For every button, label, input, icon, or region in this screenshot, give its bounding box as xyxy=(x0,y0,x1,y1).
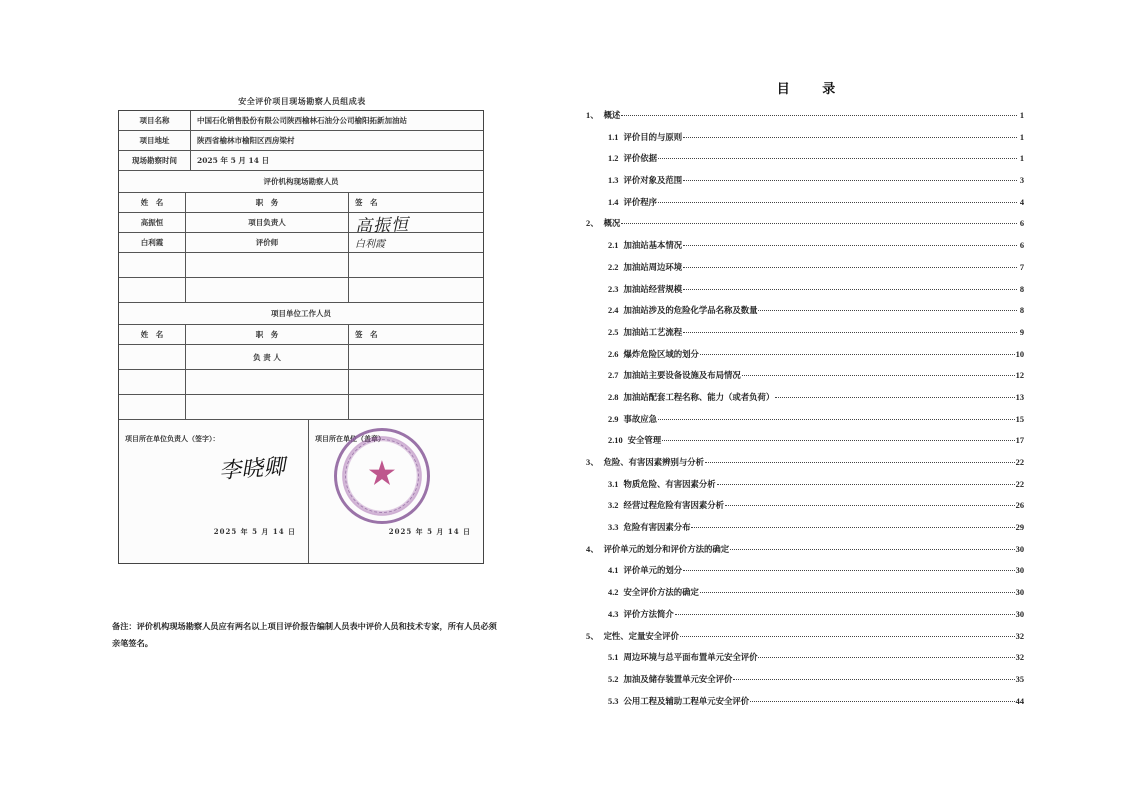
toc-entry-label: 定性、定量安全评价 xyxy=(604,631,679,641)
toc-entry-number: 2.3 xyxy=(608,285,618,294)
table-row: 高振恒 项目负责人 高振恒 xyxy=(119,213,483,233)
evaluator-role: 评价师 xyxy=(186,233,349,252)
evaluator-signature xyxy=(349,253,483,277)
survey-date-row: 现场勘察时间 2025 年 5 月 14 日 xyxy=(119,151,483,171)
toc-entry-title: 3.1物质危险、有害因素分析 xyxy=(608,478,716,490)
table-row: 白利霞 评价师 白利霞 xyxy=(119,233,483,253)
handwritten-signature: 白利霞 xyxy=(355,235,385,250)
toc-title: 目 录 xyxy=(600,78,1026,100)
toc-entry-number: 2、 xyxy=(586,219,599,228)
toc-leader-dots xyxy=(691,527,1014,528)
toc-leader-dots xyxy=(683,289,1017,290)
project-name-label: 项目名称 xyxy=(119,111,191,130)
toc-entry[interactable]: 4.1评价单元的划分30 xyxy=(586,564,1024,586)
toc-entry-title: 1.4评价程序 xyxy=(608,196,657,208)
toc-entry-number: 5.1 xyxy=(608,653,618,662)
unit-role xyxy=(186,370,349,394)
toc-entry-label: 加油及储存装置单元安全评价 xyxy=(623,674,732,684)
toc-entry[interactable]: 3.2经营过程危险有害因素分析26 xyxy=(586,499,1024,521)
header-role: 职 务 xyxy=(186,325,349,344)
sign-seal-row: 项目所在单位负责人（签字）： 李晓卿 2025 年 5 月 14 日 项目所在单… xyxy=(119,420,483,563)
toc-leader-dots xyxy=(742,375,1015,376)
toc-entry-label: 评价目的与原则 xyxy=(623,132,682,142)
project-address-value: 陕西省榆林市榆阳区西房梁村 xyxy=(191,131,483,150)
toc-entry-number: 5.3 xyxy=(608,697,618,706)
toc-entry-title: 2.2加油站周边环境 xyxy=(608,261,682,273)
evaluator-name: 白利霞 xyxy=(119,233,186,252)
toc-entry-label: 安全管理 xyxy=(628,435,662,445)
leader-sign-label: 项目所在单位负责人（签字）： xyxy=(125,434,220,444)
unit-signature xyxy=(349,370,483,394)
toc-page-number: 4 xyxy=(1018,198,1024,207)
evaluator-section-header: 评价机构现场勘察人员 xyxy=(119,171,483,193)
toc-leader-dots xyxy=(730,549,1014,550)
unit-name xyxy=(119,345,186,369)
toc-entry-title: 2.1加油站基本情况 xyxy=(608,239,682,251)
toc-entry-label: 评价单元的划分 xyxy=(623,565,682,575)
header-role: 职 务 xyxy=(186,193,349,212)
toc-entry[interactable]: 2.1加油站基本情况6 xyxy=(586,239,1024,261)
toc-entry-title: 1、概述 xyxy=(586,109,620,121)
toc-page-number: 30 xyxy=(1016,545,1024,554)
toc-leader-dots xyxy=(683,245,1017,246)
toc-page-number: 1 xyxy=(1018,133,1024,142)
evaluator-signature: 高振恒 xyxy=(349,213,483,232)
toc-entry[interactable]: 5.3公用工程及辅助工程单元安全评价44 xyxy=(586,695,1024,717)
toc-entry-title: 3、危险、有害因素辨别与分析 xyxy=(586,456,704,468)
toc-entry[interactable]: 2、概况6 xyxy=(586,217,1024,239)
toc-leader-dots xyxy=(683,180,1017,181)
toc-entry[interactable]: 2.5加油站工艺流程9 xyxy=(586,326,1024,348)
toc-page-number: 15 xyxy=(1016,415,1024,424)
toc-entry-number: 2.1 xyxy=(608,241,618,250)
toc-entry[interactable]: 2.4加油站涉及的危险化学品名称及数量8 xyxy=(586,304,1024,326)
toc-entry-title: 2.8加油站配套工程名称、能力（或者负荷） xyxy=(608,391,774,403)
evaluator-role: 项目负责人 xyxy=(186,213,349,232)
toc-entry-title: 4、评价单元的划分和评价方法的确定 xyxy=(586,543,729,555)
toc-page-number: 32 xyxy=(1016,632,1024,641)
toc-page-number: 35 xyxy=(1016,675,1024,684)
toc-entry[interactable]: 1.4评价程序4 xyxy=(586,196,1024,218)
toc-entry[interactable]: 1.3评价对象及范围3 xyxy=(586,174,1024,196)
toc-leader-dots xyxy=(658,158,1017,159)
table-row xyxy=(119,253,483,278)
project-name-value: 中国石化销售股份有限公司陕西榆林石油分公司榆阳拓新加油站 xyxy=(191,111,483,130)
unit-column-headers: 姓 名 职 务 签 名 xyxy=(119,325,483,345)
toc-page-number: 12 xyxy=(1016,371,1024,380)
evaluator-name xyxy=(119,253,186,277)
toc-page-number: 8 xyxy=(1018,306,1024,315)
unit-seal-cell: 项目所在单位（盖章） ★ 2025 年 5 月 14 日 xyxy=(309,420,483,563)
toc-entry-number: 5、 xyxy=(586,632,599,641)
evaluator-name xyxy=(119,278,186,302)
toc-entry-number: 3.2 xyxy=(608,501,618,510)
toc-entry[interactable]: 5、定性、定量安全评价32 xyxy=(586,630,1024,652)
toc-page-number: 3 xyxy=(1018,176,1024,185)
toc-entry[interactable]: 2.9事故应急15 xyxy=(586,413,1024,435)
toc-entry-title: 3.3危险有害因素分布 xyxy=(608,521,690,533)
toc-entry-label: 周边环境与总平面布置单元安全评价 xyxy=(623,652,757,662)
toc-leader-dots xyxy=(750,701,1015,702)
toc-entry-label: 评价单元的划分和评价方法的确定 xyxy=(604,544,730,554)
toc-leader-dots xyxy=(683,332,1017,333)
toc-entry-label: 加油站经营规模 xyxy=(623,284,682,294)
evaluator-signature: 白利霞 xyxy=(349,233,483,252)
toc-page-number: 9 xyxy=(1018,328,1024,337)
toc-entry-label: 安全评价方法的确定 xyxy=(623,587,698,597)
unit-role: 负 责 人 xyxy=(186,345,349,369)
toc-entry-label: 经营过程危险有害因素分析 xyxy=(623,500,724,510)
toc-entry-number: 2.10 xyxy=(608,436,623,445)
toc-entry-label: 评价方法简介 xyxy=(623,609,673,619)
toc-page-number: 6 xyxy=(1018,241,1024,250)
toc-entry[interactable]: 4.3评价方法简介30 xyxy=(586,608,1024,630)
toc-entry-number: 3.3 xyxy=(608,523,618,532)
toc-entry-number: 4.2 xyxy=(608,588,618,597)
toc-entry-label: 危险有害因素分布 xyxy=(623,522,690,532)
toc-page-number: 13 xyxy=(1016,393,1024,402)
toc-leader-dots xyxy=(717,484,1015,485)
toc-entry-title: 5.3公用工程及辅助工程单元安全评价 xyxy=(608,695,749,707)
toc-entry-title: 2.9事故应急 xyxy=(608,413,657,425)
toc-entry-title: 2.7加油站主要设备设施及布局情况 xyxy=(608,369,741,381)
toc-leader-dots xyxy=(775,397,1014,398)
toc-leader-dots xyxy=(700,592,1015,593)
toc-entry-number: 1.1 xyxy=(608,133,618,142)
toc-page-number: 22 xyxy=(1016,480,1024,489)
toc-entry-number: 2.5 xyxy=(608,328,618,337)
handwritten-signature: 高振恒 xyxy=(355,213,410,232)
toc-entry-label: 危险、有害因素辨别与分析 xyxy=(604,457,705,467)
toc-page-number: 30 xyxy=(1016,566,1024,575)
toc-entry[interactable]: 3、危险、有害因素辨别与分析22 xyxy=(586,456,1024,478)
toc-entry-number: 3、 xyxy=(586,458,599,467)
toc-entry-title: 4.3评价方法简介 xyxy=(608,608,674,620)
toc-leader-dots xyxy=(733,679,1014,680)
toc-entry[interactable]: 4、评价单元的划分和评价方法的确定30 xyxy=(586,543,1024,565)
header-signature: 签 名 xyxy=(349,325,483,344)
toc-entry-number: 4、 xyxy=(586,545,599,554)
toc-entry-number: 1.2 xyxy=(608,154,618,163)
toc-page-number: 6 xyxy=(1018,219,1024,228)
evaluator-section-title: 评价机构现场勘察人员 xyxy=(119,171,483,192)
header-name: 姓 名 xyxy=(119,325,186,344)
header-signature: 签 名 xyxy=(349,193,483,212)
toc-page-number: 30 xyxy=(1016,588,1024,597)
toc-leader-dots xyxy=(658,419,1015,420)
toc-entry-number: 1、 xyxy=(586,111,599,120)
toc-entry-title: 5、定性、定量安全评价 xyxy=(586,630,679,642)
toc-entry-number: 3.1 xyxy=(608,480,618,489)
unit-name xyxy=(119,395,186,419)
toc-leader-dots xyxy=(725,505,1015,506)
toc-entry-number: 1.3 xyxy=(608,176,618,185)
evaluator-column-headers: 姓 名 职 务 签 名 xyxy=(119,193,483,213)
project-name-row: 项目名称 中国石化销售股份有限公司陕西榆林石油分公司榆阳拓新加油站 xyxy=(119,111,483,131)
evaluator-role xyxy=(186,278,349,302)
toc-entry-title: 4.1评价单元的划分 xyxy=(608,564,682,576)
survey-date-value: 2025 年 5 月 14 日 xyxy=(191,151,483,170)
unit-section-header: 项目单位工作人员 xyxy=(119,303,483,325)
toc-leader-dots xyxy=(683,267,1017,268)
toc-entry[interactable]: 5.2加油及储存装置单元安全评价35 xyxy=(586,673,1024,695)
unit-seal-date: 2025 年 5 月 14 日 xyxy=(389,527,471,537)
toc-entry-label: 物质危险、有害因素分析 xyxy=(623,479,715,489)
toc-entry-number: 2.4 xyxy=(608,306,618,315)
evaluator-signature xyxy=(349,278,483,302)
toc-entry[interactable]: 2.3加油站经营规模8 xyxy=(586,283,1024,305)
toc-entry-label: 评价对象及范围 xyxy=(623,175,682,185)
toc-entry-number: 2.6 xyxy=(608,350,618,359)
toc-entry-label: 爆炸危险区域的划分 xyxy=(623,349,698,359)
table-row xyxy=(119,395,483,420)
toc-entry[interactable]: 5.1周边环境与总平面布置单元安全评价32 xyxy=(586,651,1024,673)
toc-page-number: 8 xyxy=(1018,285,1024,294)
toc-entry[interactable]: 4.2安全评价方法的确定30 xyxy=(586,586,1024,608)
toc-page-number: 32 xyxy=(1016,653,1024,662)
toc-entry-label: 加油站工艺流程 xyxy=(623,327,682,337)
toc-entry-title: 1.1评价目的与原则 xyxy=(608,131,682,143)
toc-entry-number: 1.4 xyxy=(608,198,618,207)
toc-leader-dots xyxy=(758,657,1014,658)
toc-entry[interactable]: 2.7加油站主要设备设施及布局情况12 xyxy=(586,369,1024,391)
toc-entry-title: 5.2加油及储存装置单元安全评价 xyxy=(608,673,732,685)
toc-entry-label: 加油站涉及的危险化学品名称及数量 xyxy=(623,305,757,315)
toc-entry-title: 5.1周边环境与总平面布置单元安全评价 xyxy=(608,651,757,663)
toc-entry-label: 评价程序 xyxy=(623,197,657,207)
toc-entry-label: 加油站周边环境 xyxy=(623,262,682,272)
leader-sign-cell: 项目所在单位负责人（签字）： 李晓卿 2025 年 5 月 14 日 xyxy=(119,420,309,563)
toc-entry-title: 4.2安全评价方法的确定 xyxy=(608,586,699,598)
toc-entry-title: 3.2经营过程危险有害因素分析 xyxy=(608,499,724,511)
toc-entry-number: 2.7 xyxy=(608,371,618,380)
toc-leader-dots xyxy=(683,137,1017,138)
toc-entry-number: 4.3 xyxy=(608,610,618,619)
toc-page-number: 17 xyxy=(1016,436,1024,445)
toc-leader-dots xyxy=(621,223,1017,224)
toc-page-number: 1 xyxy=(1018,154,1024,163)
toc-entry-label: 加油站基本情况 xyxy=(623,240,682,250)
toc-leader-dots xyxy=(700,354,1015,355)
form-title: 安全评价项目现场勘察人员组成表 xyxy=(112,94,492,108)
evaluator-role xyxy=(186,253,349,277)
unit-name xyxy=(119,370,186,394)
survey-personnel-form-page: 安全评价项目现场勘察人员组成表 项目名称 中国石化销售股份有限公司陕西榆林石油分… xyxy=(112,94,492,108)
toc-entry-label: 公用工程及辅助工程单元安全评价 xyxy=(623,696,749,706)
toc-leader-dots xyxy=(675,614,1015,615)
toc-page-number: 44 xyxy=(1016,697,1024,706)
survey-date-label: 现场勘察时间 xyxy=(119,151,191,170)
toc-page-number: 26 xyxy=(1016,501,1024,510)
unit-signature xyxy=(349,395,483,419)
evaluator-name: 高振恒 xyxy=(119,213,186,232)
toc-entry-title: 2.3加油站经营规模 xyxy=(608,283,682,295)
toc-entry-label: 概述 xyxy=(604,110,621,120)
toc-leader-dots xyxy=(621,115,1017,116)
unit-signature xyxy=(349,345,483,369)
table-of-contents-page: 目 录 1、概述11.1评价目的与原则11.2评价依据11.3评价对象及范围31… xyxy=(586,78,1026,100)
toc-entry[interactable]: 1.2评价依据1 xyxy=(586,152,1024,174)
project-address-row: 项目地址 陕西省榆林市榆阳区西房梁村 xyxy=(119,131,483,151)
toc-page-number: 7 xyxy=(1018,263,1024,272)
toc-entry-number: 2.8 xyxy=(608,393,618,402)
leader-sign-date: 2025 年 5 月 14 日 xyxy=(214,527,296,537)
leader-handwritten-signature: 李晓卿 xyxy=(218,450,286,486)
toc-entry[interactable]: 3.1物质危险、有害因素分析22 xyxy=(586,478,1024,500)
table-row xyxy=(119,370,483,395)
header-name: 姓 名 xyxy=(119,193,186,212)
toc-entry[interactable]: 2.2加油站周边环境7 xyxy=(586,261,1024,283)
toc-page-number: 1 xyxy=(1018,111,1024,120)
toc-entry-number: 4.1 xyxy=(608,566,618,575)
form-note: 备注：评价机构现场勘察人员应有两名以上项目评价报告编制人员表中评价人员和技术专家… xyxy=(112,618,502,652)
toc-entry[interactable]: 2.6爆炸危险区域的划分10 xyxy=(586,348,1024,370)
toc-page-number: 29 xyxy=(1016,523,1024,532)
unit-section-title: 项目单位工作人员 xyxy=(119,303,483,324)
toc-page-number: 22 xyxy=(1016,458,1024,467)
toc-leader-dots xyxy=(758,310,1017,311)
toc-list: 1、概述11.1评价目的与原则11.2评价依据11.3评价对象及范围31.4评价… xyxy=(586,109,1024,716)
toc-entry-label: 事故应急 xyxy=(623,414,657,424)
toc-entry-label: 评价依据 xyxy=(623,153,657,163)
toc-leader-dots xyxy=(705,462,1015,463)
toc-entry-number: 2.9 xyxy=(608,415,618,424)
toc-entry[interactable]: 1.1评价目的与原则1 xyxy=(586,131,1024,153)
toc-leader-dots xyxy=(680,636,1015,637)
toc-page-number: 10 xyxy=(1016,350,1024,359)
project-address-label: 项目地址 xyxy=(119,131,191,150)
toc-leader-dots xyxy=(662,440,1014,441)
toc-entry-title: 2.5加油站工艺流程 xyxy=(608,326,682,338)
table-row: 负 责 人 xyxy=(119,345,483,370)
toc-entry-title: 2.6爆炸危险区域的划分 xyxy=(608,348,699,360)
toc-entry-title: 2.10安全管理 xyxy=(608,434,661,446)
star-icon: ★ xyxy=(369,460,396,490)
toc-entry[interactable]: 2.10安全管理17 xyxy=(586,434,1024,456)
toc-entry-label: 加油站配套工程名称、能力（或者负荷） xyxy=(623,392,774,402)
toc-entry-label: 概况 xyxy=(604,218,621,228)
toc-entry[interactable]: 3.3危险有害因素分布29 xyxy=(586,521,1024,543)
unit-role xyxy=(186,395,349,419)
toc-leader-dots xyxy=(658,202,1017,203)
toc-entry[interactable]: 2.8加油站配套工程名称、能力（或者负荷）13 xyxy=(586,391,1024,413)
toc-entry-number: 2.2 xyxy=(608,263,618,272)
toc-entry-title: 1.3评价对象及范围 xyxy=(608,174,682,186)
toc-entry-label: 加油站主要设备设施及布局情况 xyxy=(623,370,740,380)
table-row xyxy=(119,278,483,303)
toc-page-number: 30 xyxy=(1016,610,1024,619)
official-seal-stamp: ★ xyxy=(334,428,430,524)
toc-entry-title: 2.4加油站涉及的危险化学品名称及数量 xyxy=(608,304,757,316)
toc-entry-number: 5.2 xyxy=(608,675,618,684)
personnel-table: 项目名称 中国石化销售股份有限公司陕西榆林石油分公司榆阳拓新加油站 项目地址 陕… xyxy=(118,110,484,564)
toc-leader-dots xyxy=(683,570,1015,571)
toc-entry[interactable]: 1、概述1 xyxy=(586,109,1024,131)
toc-entry-title: 1.2评价依据 xyxy=(608,152,657,164)
toc-entry-title: 2、概况 xyxy=(586,217,620,229)
